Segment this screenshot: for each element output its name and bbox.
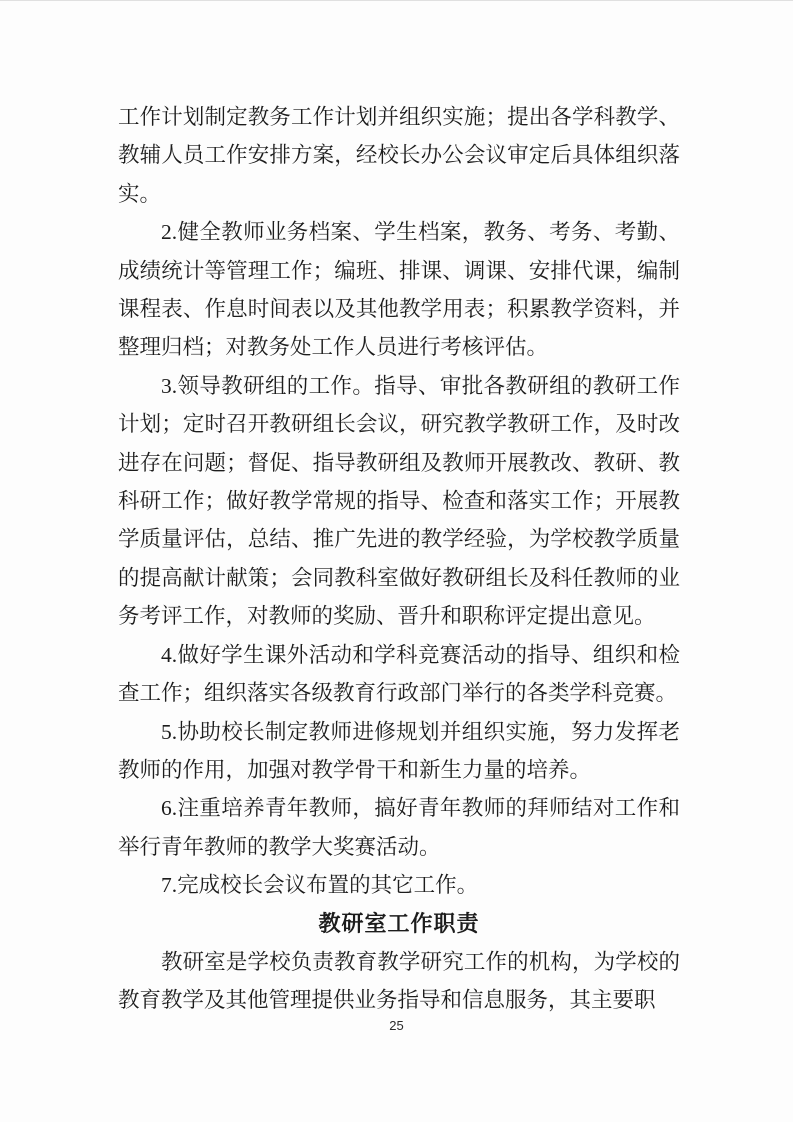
paragraph: 7.完成校长会议布置的其它工作。 <box>118 866 680 904</box>
paragraph: 3.领导教研组的工作。指导、审批各教研组的教研工作计划；定时召开教研组长会议，研… <box>118 367 680 636</box>
page-number: 25 <box>0 1018 793 1033</box>
paragraph: 教研室是学校负责教育教学研究工作的机构，为学校的教育教学及其他管理提供业务指导和… <box>118 943 680 1020</box>
document-body: 工作计划制定教务工作计划并组织实施；提出各学科教学、教辅人员工作安排方案，经校长… <box>118 98 680 1020</box>
paragraph: 工作计划制定教务工作计划并组织实施；提出各学科教学、教辅人员工作安排方案，经校长… <box>118 98 680 213</box>
paragraph: 2.健全教师业务档案、学生档案，教务、考务、考勤、成绩统计等管理工作；编班、排课… <box>118 213 680 367</box>
section-heading: 教研室工作职责 <box>118 905 680 943</box>
paragraph: 4.做好学生课外活动和学科竞赛活动的指导、组织和检查工作；组织落实各级教育行政部… <box>118 636 680 713</box>
paragraph: 5.协助校长制定教师进修规划并组织实施，努力发挥老教师的作用，加强对教学骨干和新… <box>118 713 680 790</box>
document-page: 工作计划制定教务工作计划并组织实施；提出各学科教学、教辅人员工作安排方案，经校长… <box>0 0 793 1122</box>
paragraph: 6.注重培养青年教师，搞好青年教师的拜师结对工作和举行青年教师的教学大奖赛活动。 <box>118 789 680 866</box>
